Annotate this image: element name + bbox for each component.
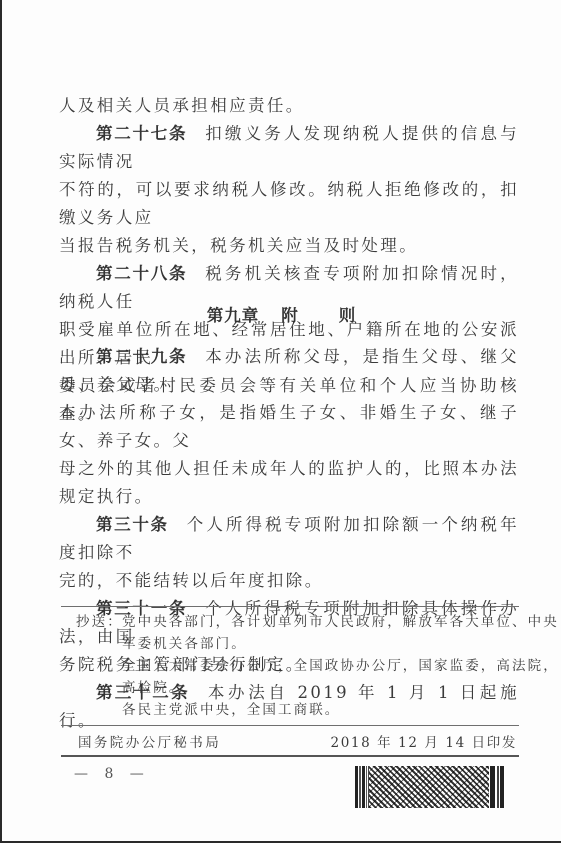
chapter-number: 第九章 <box>207 306 260 325</box>
cc-line: 高检院。 <box>122 677 522 699</box>
page-number: — 8 — <box>74 766 150 782</box>
article-27: 第二十七条扣缴义务人发现纳税人提供的信息与实际情况不符的，可以要求纳税人修改。纳… <box>59 120 519 260</box>
cc-line: 党中央各部门，各计划单列市人民政府，解放军各大单位、中央 <box>122 611 522 633</box>
cc-line: 各民主党派中央，全国工商联。 <box>122 699 522 721</box>
article-number: 第二十八条 <box>96 264 187 283</box>
article-number: 第二十七条 <box>96 124 187 143</box>
barcode-icon <box>355 766 505 808</box>
chapter-title-part2: 则 <box>339 306 357 325</box>
article-29: 第二十九条本办法所称父母，是指生父母、继父母、养父母。本办法所称子女，是指婚生子… <box>59 343 519 511</box>
continuation-line: 人及相关人员承担相应责任。 <box>59 92 519 120</box>
chapter-heading: 第九章附则 <box>2 302 561 326</box>
cc-line: 全国人大常委会办公厅，全国政协办公厅，国家监委，高法院， <box>122 655 522 677</box>
article-number: 第三十条 <box>96 515 169 534</box>
cc-recipients: 党中央各部门，各计划单列市人民政府，解放军各大单位、中央 军委机关各部门。 全国… <box>122 611 522 721</box>
issuer-bottom-rule <box>61 755 519 757</box>
issuer: 国务院办公厅秘书局 <box>78 731 221 751</box>
chapter-title-part1: 附 <box>281 306 299 325</box>
cc-label: 抄送： <box>76 611 123 633</box>
article-number: 第二十九条 <box>96 347 187 366</box>
article-text: 完的，不能结转以后年度扣除。 <box>59 571 324 590</box>
cc-top-rule <box>61 606 519 607</box>
cc-line: 军委机关各部门。 <box>122 633 522 655</box>
document-page: 人及相关人员承担相应责任。 第二十七条扣缴义务人发现纳税人提供的信息与实际情况不… <box>2 0 561 841</box>
issue-date: 2018 年 12 月 14 日印发 <box>331 731 517 751</box>
article-text: 本办法所称子女，是指婚生子女、非婚生子女、继子女、养子女。父 <box>59 403 519 450</box>
article-text: 不符的，可以要求纳税人修改。纳税人拒绝修改的，扣缴义务人应 <box>59 180 519 227</box>
issuer-top-rule <box>61 725 519 726</box>
article-text: 母之外的其他人担任未成年人的监护人的，比照本办法规定执行。 <box>59 459 519 506</box>
article-30: 第三十条个人所得税专项附加扣除额一个纳税年度扣除不完的，不能结转以后年度扣除。 <box>59 511 519 595</box>
article-text: 当报告税务机关，税务机关应当及时处理。 <box>59 236 418 255</box>
